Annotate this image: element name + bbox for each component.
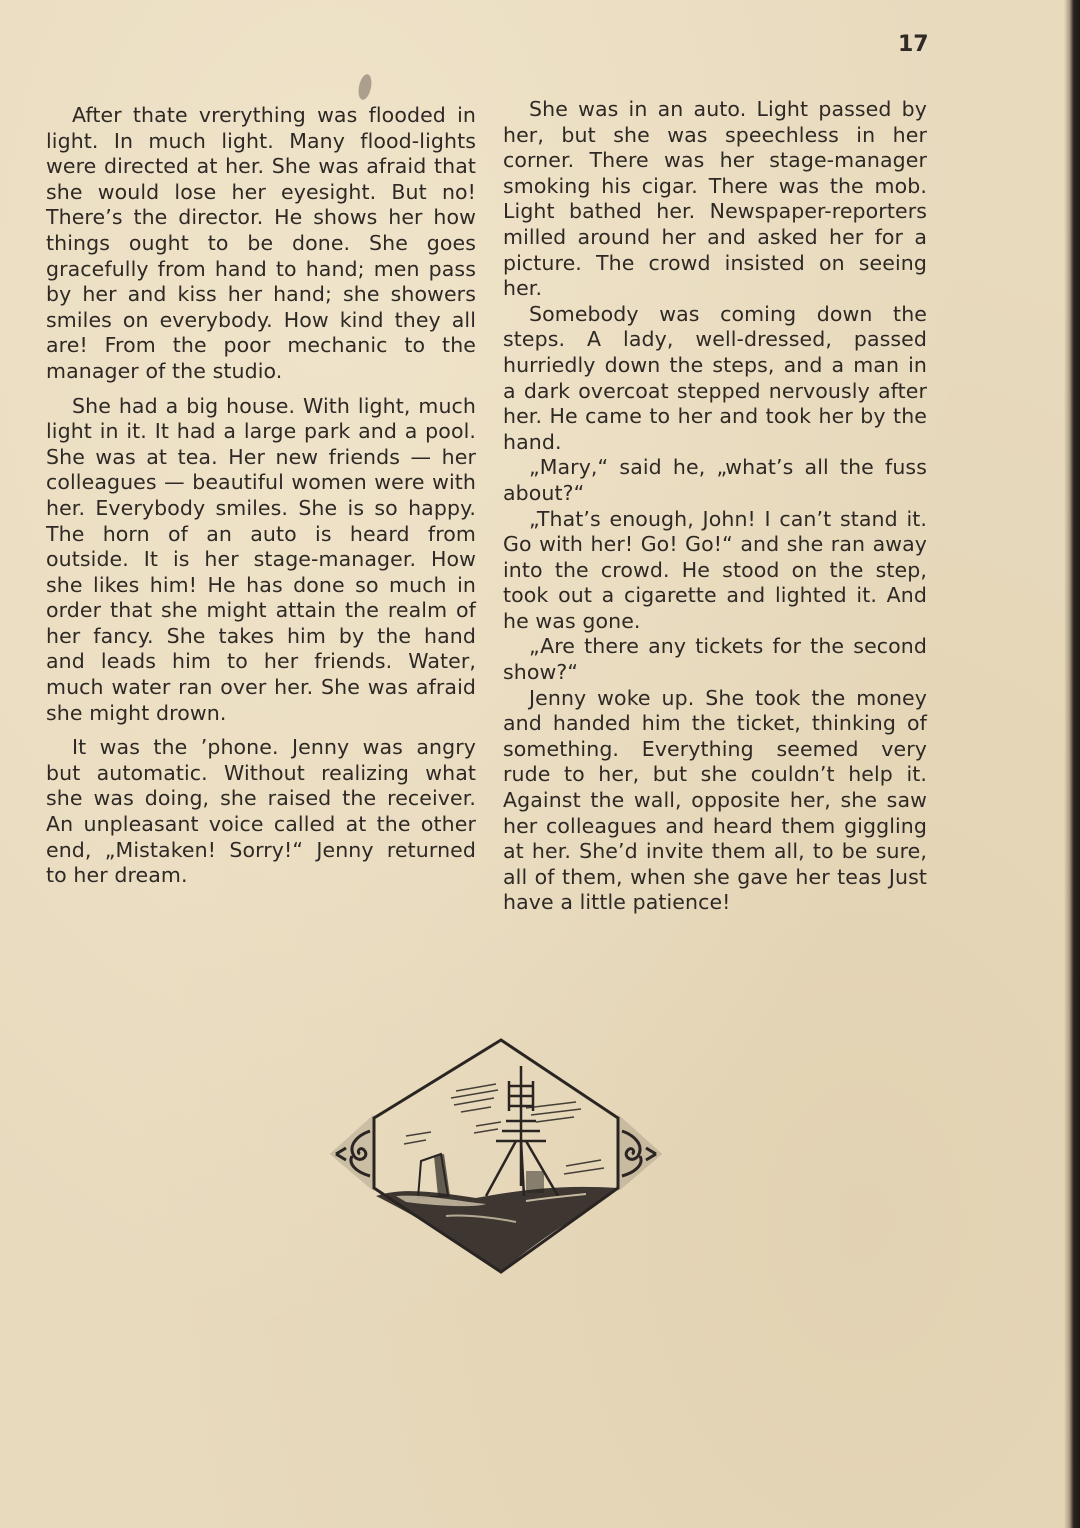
paragraph: It was the ’phone. Jenny was angry but a… [46,735,476,889]
ink-smudge [356,73,373,101]
lighthouse-vignette-icon [326,1036,666,1276]
page-number: 17 [898,32,929,57]
paragraph: After thate vrerything was flooded in li… [46,103,476,385]
paragraph: Somebody was coming down the steps. A la… [503,302,927,456]
book-spine-edge [1064,0,1080,1528]
paragraph: She had a big house. With light, much li… [46,394,476,727]
dialogue-paragraph: „That’s enough, John! I can’t stand it. … [503,507,927,635]
left-text-column: After thate vrerything was flooded in li… [46,103,476,898]
right-text-column: She was in an auto. Light passed by her,… [503,97,927,916]
paragraph: She was in an auto. Light passed by her,… [503,97,927,302]
dialogue-paragraph: „Are there any tickets for the second sh… [503,634,927,685]
paragraph: Jenny woke up. She took the money and ha… [503,686,927,916]
document-page: 17 After thate vrerything was flooded in… [0,0,1080,1528]
dialogue-paragraph: „Mary,“ said he, „what’s all the fuss ab… [503,455,927,506]
